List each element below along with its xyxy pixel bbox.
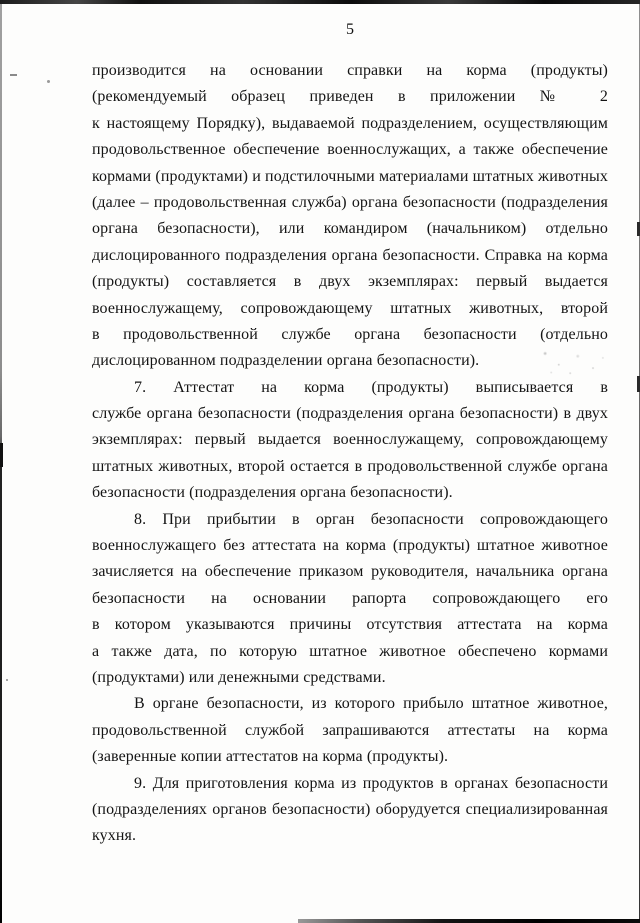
- text-line: (заверенные копии аттестатов на корма (п…: [92, 744, 608, 770]
- text-line: органа безопасности), или командиром (на…: [92, 216, 608, 242]
- text-line: дислоцированном подразделении органа без…: [92, 348, 608, 374]
- text-line: 9. Для приготовления корма из продуктов …: [92, 771, 608, 797]
- text-line: военнослужащему, сопровождающему штатных…: [92, 296, 608, 322]
- text-line: а также дата, по которую штатное животно…: [92, 639, 608, 665]
- text-line: службе органа безопасности (подразделени…: [92, 401, 608, 427]
- text-line: (продукты) составляется в двух экземпляр…: [92, 269, 608, 295]
- text-line: 8. При прибытии в орган безопасности соп…: [92, 507, 608, 533]
- text-line: (продуктами) или денежными средствами.: [92, 665, 608, 691]
- scan-edge-bottom: [298, 919, 640, 923]
- page-number: 5: [92, 20, 608, 40]
- text-line: кормами (продуктами) и подстилочными мат…: [92, 164, 608, 190]
- text-line: к настоящему Порядку), выдаваемой подраз…: [92, 111, 608, 137]
- document-page: 5 производится на основании справки на к…: [0, 0, 640, 923]
- scan-edge-top: [0, 0, 640, 4]
- scan-speck: [10, 74, 17, 76]
- text-line: продовольственное обеспечение военнослуж…: [92, 137, 608, 163]
- text-line: штатных животных, второй остается в прод…: [92, 454, 608, 480]
- scan-speck: [47, 80, 50, 83]
- text-line: экземплярах: первый выдается военнослужа…: [92, 427, 608, 453]
- text-line: в продовольственной службе органа безопа…: [92, 322, 608, 348]
- text-line: 7. Аттестат на корма (продукты) выписыва…: [92, 375, 608, 401]
- text-line: безопасности (подразделения органа безоп…: [92, 480, 608, 506]
- text-line: безопасности на основании рапорта сопров…: [92, 586, 608, 612]
- text-line: производится на основании справки на кор…: [92, 58, 608, 84]
- text-line: кухня.: [92, 823, 608, 849]
- page-content: 5 производится на основании справки на к…: [92, 20, 608, 850]
- scan-artifact-left-tick: [0, 443, 3, 467]
- body-text: производится на основании справки на кор…: [92, 58, 608, 850]
- scan-speck: [6, 679, 8, 681]
- text-line: продовольственной службой запрашиваются …: [92, 718, 608, 744]
- text-line: военнослужащего без аттестата на корма (…: [92, 533, 608, 559]
- text-line: дислоцированного подразделения органа бе…: [92, 243, 608, 269]
- text-line: В органе безопасности, из которого прибы…: [92, 691, 608, 717]
- text-line: (подразделениях органов безопасности) об…: [92, 797, 608, 823]
- text-line: зачисляется на обеспечение приказом руко…: [92, 559, 608, 585]
- text-line: (далее – продовольственная служба) орган…: [92, 190, 608, 216]
- text-line: (рекомендуемый образец приведен в прилож…: [92, 84, 608, 110]
- text-line: в котором указываются причины отсутствия…: [92, 612, 608, 638]
